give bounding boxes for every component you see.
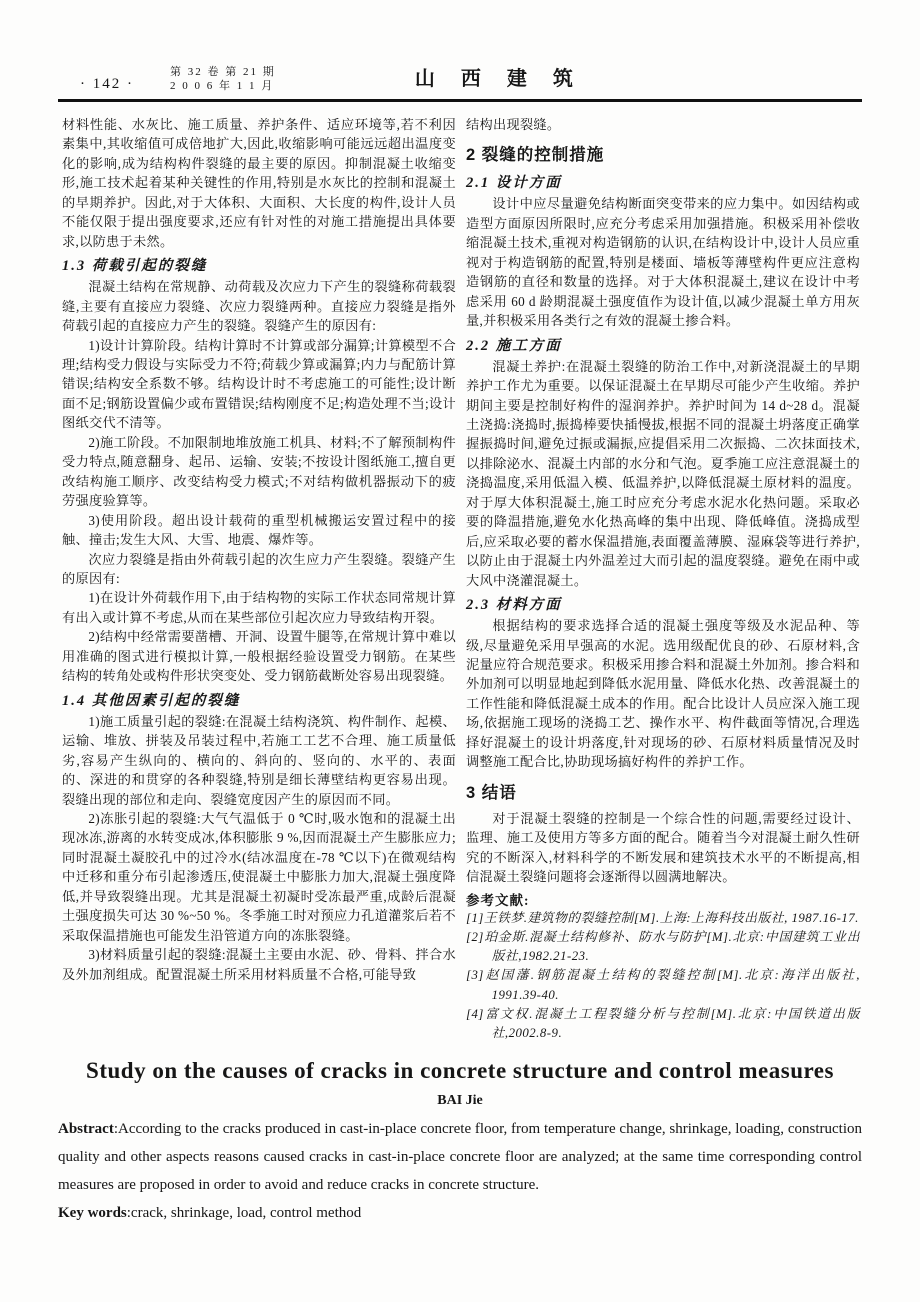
reference-item: [1]王铁梦.建筑物的裂缝控制[M].上海:上海科技出版社, 1987.16-1… xyxy=(466,909,860,928)
english-title: Study on the causes of cracks in concret… xyxy=(58,1058,862,1084)
paragraph: 对于混凝土裂缝的控制是一个综合性的问题,需要经过设计、监理、施工及使用方等多方面… xyxy=(466,809,860,887)
paragraph: 2)施工阶段。不加限制地堆放施工机具、材料;不了解预制构件受力特点,随意翻身、起… xyxy=(62,433,456,511)
issue-date-line: 2 0 0 6 年 1 1 月 xyxy=(170,80,274,92)
section-heading: 2 裂缝的控制措施 xyxy=(466,141,860,165)
journal-title: 山西建筑 xyxy=(276,62,712,93)
subsection-heading: 2.2 施工方面 xyxy=(466,334,860,355)
paragraph: 1)在设计外荷载作用下,由于结构物的实际工作状态同常规计算有出入或计算不考虑,从… xyxy=(62,588,456,627)
english-keywords: Key words:crack, shrinkage, load, contro… xyxy=(58,1199,862,1227)
paragraph: 根据结构的要求选择合适的混凝土强度等级及水泥品种、等级,尽量避免采用早强高的水泥… xyxy=(466,616,860,772)
issue-info: 第 32 卷 第 21 期 2 0 0 6 年 1 1 月 xyxy=(170,65,276,93)
subsection-heading: 1.3 荷载引起的裂缝 xyxy=(62,254,456,275)
paragraph: 3)材料质量引起的裂缝:混凝土主要由水泥、砂、骨料、拌合水及外加剂组成。配置混凝… xyxy=(62,945,456,984)
abstract-label: Abstract xyxy=(58,1121,114,1137)
reference-item: [4]富文权.混凝土工程裂缝分析与控制[M].北京:中国铁道出版社,2002.8… xyxy=(466,1005,860,1044)
subsection-heading: 2.1 设计方面 xyxy=(466,171,860,192)
paragraph: 1)设计计算阶段。结构计算时不计算或部分漏算;计算模型不合理;结构受力假设与实际… xyxy=(62,336,456,433)
english-section: Study on the causes of cracks in concret… xyxy=(58,1058,862,1227)
references-heading: 参考文献: xyxy=(466,889,860,909)
article-body: 材料性能、水灰比、施工质量、养护条件、适应环境等,若不利因素集中,其收缩值可成倍… xyxy=(62,115,860,1044)
issue-volume-line: 第 32 卷 第 21 期 xyxy=(170,66,276,78)
journal-page: · 142 · 第 32 卷 第 21 期 2 0 0 6 年 1 1 月 山西… xyxy=(0,0,920,1302)
english-author: BAI Jie xyxy=(58,1093,862,1109)
header-rule xyxy=(58,99,862,102)
paragraph: 结构出现裂缝。 xyxy=(466,115,860,134)
section-heading: 3 结语 xyxy=(466,779,860,803)
english-abstract: Abstract:According to the cracks produce… xyxy=(58,1115,862,1199)
paragraph: 2)结构中经常需要凿槽、开洞、设置牛腿等,在常规计算中难以用准确的图式进行模拟计… xyxy=(62,627,456,685)
subsection-heading: 2.3 材料方面 xyxy=(466,593,860,614)
paragraph: 混凝土结构在常规静、动荷载及次应力下产生的裂缝称荷载裂缝,主要有直接应力裂缝、次… xyxy=(62,277,456,335)
paragraph: 次应力裂缝是指由外荷载引起的次生应力产生裂缝。裂缝产生的原因有: xyxy=(62,550,456,589)
left-column: 材料性能、水灰比、施工质量、养护条件、适应环境等,若不利因素集中,其收缩值可成倍… xyxy=(62,115,456,1044)
subsection-heading: 1.4 其他因素引起的裂缝 xyxy=(62,689,456,710)
page-header: · 142 · 第 32 卷 第 21 期 2 0 0 6 年 1 1 月 山西… xyxy=(0,0,920,99)
paragraph: 混凝土养护:在混凝土裂缝的防治工作中,对新浇混凝土的早期养护工作尤为重要。以保证… xyxy=(466,357,860,590)
paragraph: 2)冻胀引起的裂缝:大气气温低于 0 ℃时,吸水饱和的混凝土出现冰冻,游离的水转… xyxy=(62,809,456,945)
right-column: 结构出现裂缝。2 裂缝的控制措施2.1 设计方面设计中应尽量避免结构断面突变带来… xyxy=(466,115,860,1044)
paragraph: 3)使用阶段。超出设计载荷的重型机械搬运安置过程中的接触、撞击;发生大风、大雪、… xyxy=(62,511,456,550)
paragraph: 1)施工质量引起的裂缝:在混凝土结构浇筑、构件制作、起模、运输、堆放、拼装及吊装… xyxy=(62,712,456,809)
reference-item: [3]赵国藩.钢筋混凝土结构的裂缝控制[M].北京:海洋出版社, 1991.39… xyxy=(466,966,860,1005)
page-number: · 142 · xyxy=(80,76,134,93)
paragraph: 设计中应尽量避免结构断面突变带来的应力集中。如因结构或造型方面原因所限时,应充分… xyxy=(466,194,860,330)
keywords-text: :crack, shrinkage, load, control method xyxy=(127,1205,362,1221)
keywords-label: Key words xyxy=(58,1205,127,1221)
abstract-text: :According to the cracks produced in cas… xyxy=(58,1121,862,1193)
reference-item: [2]珀金斯.混凝土结构修补、防水与防护[M].北京:中国建筑工业出版社,198… xyxy=(466,928,860,967)
paragraph: 材料性能、水灰比、施工质量、养护条件、适应环境等,若不利因素集中,其收缩值可成倍… xyxy=(62,115,456,251)
